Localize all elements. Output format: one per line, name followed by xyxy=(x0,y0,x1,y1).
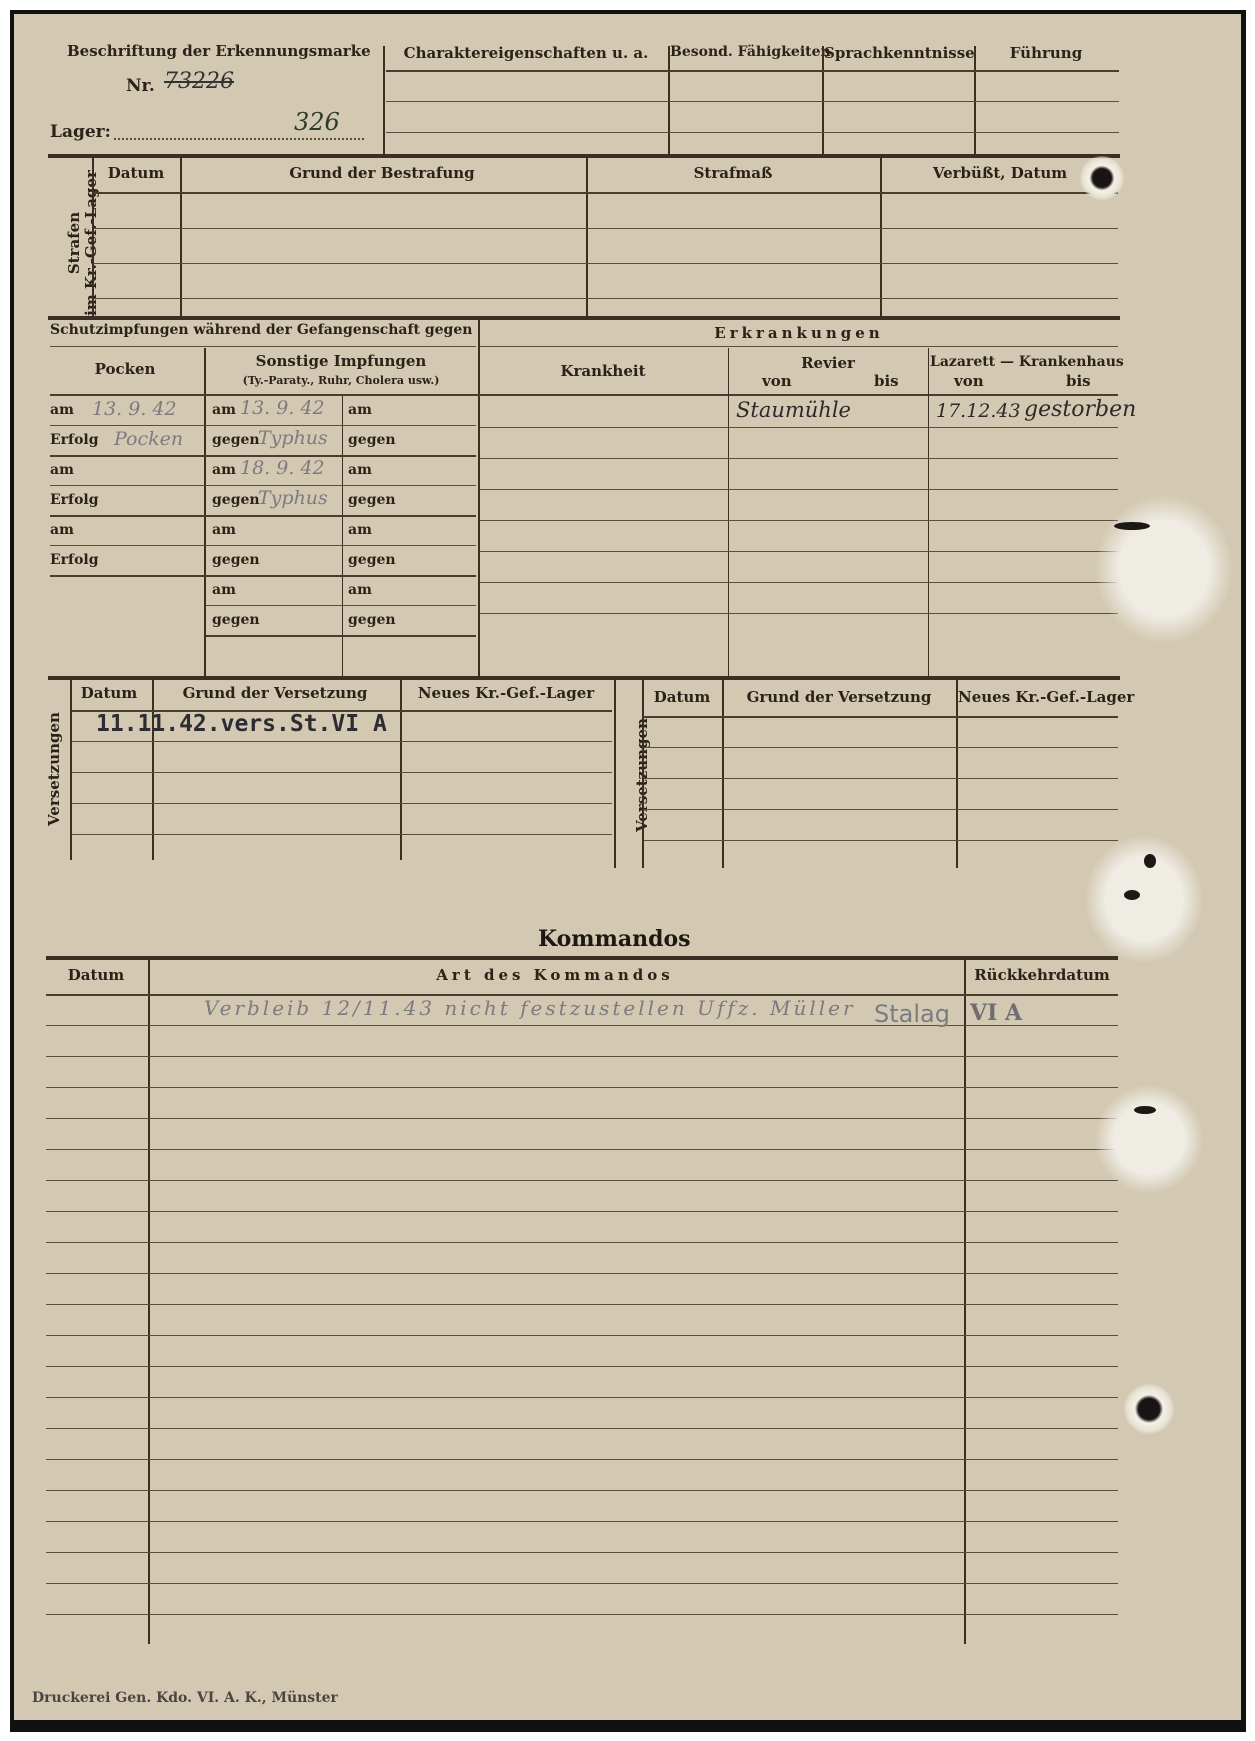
strafen-col-datum: Datum xyxy=(94,164,178,182)
pocken-erfolg-label: Erfolg xyxy=(50,552,99,568)
col-fuehrung: Führung xyxy=(976,44,1116,62)
vers-left-col-lager: Neues Kr.-Gef.-Lager xyxy=(402,684,610,702)
kommando-row xyxy=(46,1335,1118,1336)
kommandos-title: Kommandos xyxy=(538,926,691,952)
kommando-row xyxy=(46,1118,1118,1119)
kommando-row xyxy=(46,1428,1118,1429)
versetzung-row xyxy=(644,747,1118,748)
versetzung-row xyxy=(644,809,1118,810)
kommando-row xyxy=(46,1459,1118,1460)
revier-bis: bis xyxy=(874,372,899,390)
col-sprachen: Sprachkenntnisse xyxy=(824,44,972,62)
sonstige-am-label: am xyxy=(212,522,236,538)
lager-value: 326 xyxy=(294,108,340,136)
lazarett-von: von xyxy=(954,372,984,390)
sonstige2-gegen-label: gegen xyxy=(348,432,396,448)
sonstige-am-label: am xyxy=(212,462,236,478)
nr-label: Nr. xyxy=(126,76,155,96)
kommando-row xyxy=(46,1180,1118,1181)
erkrankung-row xyxy=(480,458,1118,459)
torn-hole xyxy=(1084,834,1204,964)
sonstige-gegen-label: gegen xyxy=(212,492,260,508)
sonstige-am-value: 18. 9. 42 xyxy=(240,457,325,479)
kommando-row xyxy=(46,1583,1118,1584)
pocken-erfolg-label: Erfolg xyxy=(50,432,99,448)
strafen-row xyxy=(94,298,1118,299)
kommando-row xyxy=(46,1552,1118,1553)
erkrankung-row xyxy=(480,520,1118,521)
vers-left-col-grund: Grund der Versetzung xyxy=(154,684,396,702)
sonstige-gegen-label: gegen xyxy=(212,612,260,628)
sonstige-gegen-label: gegen xyxy=(212,432,260,448)
rueckkehr-stamp: VI A xyxy=(970,1000,1022,1026)
sonstige-am-label: am xyxy=(212,402,236,418)
sonstige2-gegen-label: gegen xyxy=(348,492,396,508)
kommando-row xyxy=(46,1304,1118,1305)
versetzung-row xyxy=(72,741,612,742)
kommando-row xyxy=(46,1087,1118,1088)
pocken-am-label: am xyxy=(50,522,74,538)
versetzung-row xyxy=(72,772,612,773)
document-card: Beschriftung der Erkennungsmarke Nr. 732… xyxy=(14,14,1241,1720)
impfungen-title: Schutzimpfungen während der Gefangenscha… xyxy=(50,322,472,338)
kommando-row xyxy=(46,1242,1118,1243)
erkrankungen-title: Erkrankungen xyxy=(480,324,1118,342)
pocken-am-label: am xyxy=(50,402,74,418)
kommando-row xyxy=(46,1025,1118,1026)
pocken-erfolg-label: Erfolg xyxy=(50,492,99,508)
revier-entry: Staumühle xyxy=(736,398,851,422)
nr-value: 73226 xyxy=(164,69,234,94)
versetzung-row xyxy=(72,834,612,835)
strafen-row xyxy=(94,228,1118,229)
vers-right-col-grund: Grund der Versetzung xyxy=(724,688,954,706)
lazarett-bis: bis xyxy=(1066,372,1091,390)
erkrankung-row xyxy=(480,613,1118,614)
col-revier: Revier xyxy=(730,354,926,372)
versetzung-row xyxy=(644,840,1118,841)
sonstige-header: Sonstige Impfungen xyxy=(206,352,476,370)
sonstige-am-label: am xyxy=(212,582,236,598)
kommandos-col-art: Art des Kommandos xyxy=(150,966,960,984)
col-charakter: Charaktereigenschaften u. a. xyxy=(386,44,666,62)
tag-caption: Beschriftung der Erkennungsmarke xyxy=(67,42,371,60)
strafen-row xyxy=(94,263,1118,264)
kommando-row xyxy=(46,1614,1118,1615)
versetzung-stamp: 11.11.42.vers.St.VI A xyxy=(96,711,387,737)
pocken-am-label: am xyxy=(50,462,74,478)
kommando-stalag-stamp: Stalag xyxy=(874,1000,950,1028)
kommando-row xyxy=(46,1490,1118,1491)
vers-left-col-datum: Datum xyxy=(72,684,146,702)
kommandos-col-datum: Datum xyxy=(48,966,144,984)
punch-hole xyxy=(1124,1384,1174,1434)
kommando-row xyxy=(46,1149,1118,1150)
pocken-erfolg-value: Pocken xyxy=(114,428,183,450)
col-faehigkeiten: Besond. Fähigkeiten xyxy=(670,44,820,60)
kommando-row xyxy=(46,1366,1118,1367)
erkrankung-row xyxy=(480,489,1118,490)
sonstige2-am-label: am xyxy=(348,522,372,538)
pocken-am-value: 13. 9. 42 xyxy=(92,398,177,420)
col-krankheit: Krankheit xyxy=(480,362,726,380)
sonstige2-am-label: am xyxy=(348,582,372,598)
versetzungen-side-label-left: Versetzungen xyxy=(45,709,63,829)
strafen-col-strafmass: Strafmaß xyxy=(588,164,878,182)
torn-hole xyxy=(1094,1084,1204,1194)
erkrankung-row xyxy=(480,582,1118,583)
lager-label: Lager: xyxy=(50,122,111,142)
erkrankung-row xyxy=(480,551,1118,552)
kommando-row xyxy=(46,1056,1118,1057)
torn-hole xyxy=(1094,494,1234,644)
kommando-row xyxy=(46,1211,1118,1212)
pocken-header: Pocken xyxy=(50,360,200,378)
kommando-row xyxy=(46,1397,1118,1398)
punch-hole xyxy=(1080,156,1124,200)
lazarett-bis-entry: gestorben xyxy=(1024,397,1136,422)
kommando-row xyxy=(46,1521,1118,1522)
sonstige-am-value: 13. 9. 42 xyxy=(240,397,325,419)
sonstige-gegen-value: Typhus xyxy=(258,427,328,449)
sonstige2-am-label: am xyxy=(348,402,372,418)
kommando-handwritten-entry: Verbleib 12/11.43 nicht festzustellen Uf… xyxy=(204,996,856,1020)
versetzung-row xyxy=(72,803,612,804)
revier-von: von xyxy=(762,372,792,390)
sonstige2-gegen-label: gegen xyxy=(348,612,396,628)
erkrankung-row xyxy=(480,427,1118,428)
sonstige-gegen-label: gegen xyxy=(212,552,260,568)
vers-right-col-datum: Datum xyxy=(644,688,720,706)
strafen-side-label: Strafenim Kr.-Gef.-Lager xyxy=(66,168,100,318)
sonstige-gegen-value: Typhus xyxy=(258,487,328,509)
strafen-col-grund: Grund der Bestrafung xyxy=(182,164,582,182)
kommando-row xyxy=(46,1273,1118,1274)
sonstige2-am-label: am xyxy=(348,462,372,478)
kommandos-col-rueckkehr: Rückkehrdatum xyxy=(966,966,1118,984)
versetzung-row xyxy=(644,778,1118,779)
sonstige2-gegen-label: gegen xyxy=(348,552,396,568)
vers-right-col-lager: Neues Kr.-Gef.-Lager xyxy=(958,688,1118,706)
sonstige-subheader: (Ty.-Paraty., Ruhr, Cholera usw.) xyxy=(206,374,476,387)
col-lazarett: Lazarett — Krankenhaus xyxy=(930,354,1118,370)
lager-dotted-line xyxy=(114,138,364,140)
lazarett-von-entry: 17.12.43 xyxy=(936,400,1021,422)
printer-imprint: Druckerei Gen. Kdo. VI. A. K., Münster xyxy=(32,1690,338,1706)
